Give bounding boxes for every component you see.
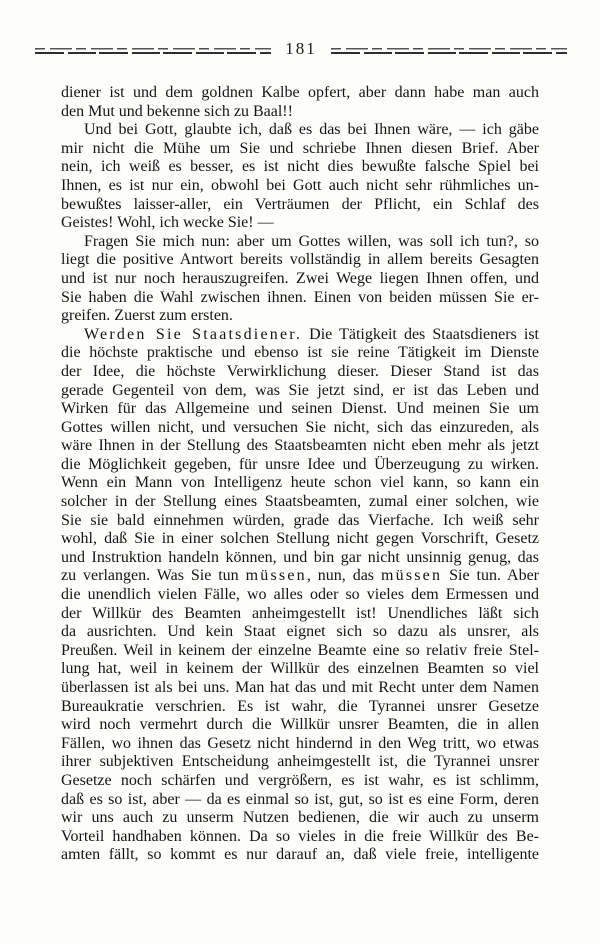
text-segment: nein, ich weiß es besser, es ist nicht d… bbox=[61, 158, 539, 175]
header-rule-left bbox=[35, 47, 271, 56]
text-line: Fällen, wo ihnen das Gesetz nicht hinder… bbox=[61, 735, 539, 754]
text-line: Gesetze noch schärfen und vergrößern, es… bbox=[61, 772, 539, 791]
text-segment: ihrer subjektiven Entscheidung anheimges… bbox=[61, 753, 539, 770]
text-segment: Fällen, wo ihnen das Gesetz nicht hinder… bbox=[61, 735, 539, 752]
text-segment: die unendlich vielen Fälle, wo alles ode… bbox=[61, 586, 539, 603]
text-line: nein, ich weiß es besser, es ist nicht d… bbox=[61, 158, 539, 177]
text-segment: Wenn ein Mann von Intelligenz heute scho… bbox=[61, 474, 539, 491]
text-segment: der Idee, die höchste Verwirklichung die… bbox=[61, 363, 539, 380]
paragraph: Werden Sie Staatsdiener. Die Tätigkeit d… bbox=[61, 326, 539, 865]
text-line: wohl, daß Sie in einer solchen Stellung … bbox=[61, 530, 539, 549]
text-line: Werden Sie Staatsdiener. Die Tätigkeit d… bbox=[61, 326, 539, 345]
text-line: lung hat, weil in keinem der Willkür des… bbox=[61, 660, 539, 679]
text-segment: bewußtes laisser-aller, ein Verträumen d… bbox=[61, 196, 539, 213]
text-segment: Gesetze noch schärfen und vergrößern, es… bbox=[61, 772, 539, 789]
text-segment: Sie tun. Aber bbox=[442, 567, 539, 584]
text-line: den Mut und bekenne sich zu Baal!! bbox=[61, 103, 539, 122]
text-segment: daß es so ist, aber — da es einmal so is… bbox=[61, 791, 539, 808]
text-segment: Wirken für das Allgemeine und seinen Die… bbox=[61, 400, 539, 417]
text-line: Vorteil handhaben können. Da so vieles i… bbox=[61, 828, 539, 847]
text-segment: Und bei Gott, glaubte ich, daß es das be… bbox=[84, 121, 539, 138]
page-header: 181 bbox=[35, 44, 567, 58]
text-segment: gerade Gegenteil von dem, was Sie jetzt … bbox=[61, 382, 539, 399]
text-segment: den Mut und bekenne sich zu Baal!! bbox=[61, 103, 293, 120]
text-segment: liegt die positive Antwort bereits volls… bbox=[61, 251, 539, 268]
text-line: daß es so ist, aber — da es einmal so is… bbox=[61, 791, 539, 810]
text-line: Geistes! Wohl, ich wecke Sie! — bbox=[61, 214, 539, 233]
text-segment: Gottes willen nicht, und versuchen Sie n… bbox=[61, 419, 539, 436]
text-line: bewußtes laisser-aller, ein Verträumen d… bbox=[61, 196, 539, 215]
emphasized-text: müssen bbox=[246, 567, 307, 584]
text-segment: wird noch vermehrt durch die Willkür uns… bbox=[61, 716, 539, 733]
text-segment: die höchste praktische und ebenso ist si… bbox=[61, 344, 539, 361]
text-segment: Bureaukratie verschrien. Es ist wahr, di… bbox=[61, 698, 539, 715]
text-segment: Preußen. Weil in keinem der einzelne Bea… bbox=[61, 642, 539, 659]
text-line: amten fällt, so kommt es nur darauf an, … bbox=[61, 846, 539, 865]
text-segment: wir uns auch zu unserm Nutzen bedienen, … bbox=[61, 809, 539, 826]
text-line: Fragen Sie mich nun: aber um Gottes will… bbox=[61, 233, 539, 252]
text-line: Wenn ein Mann von Intelligenz heute scho… bbox=[61, 474, 539, 493]
text-line: und Instruktion handeln können, und bin … bbox=[61, 549, 539, 568]
text-line: die unendlich vielen Fälle, wo alles ode… bbox=[61, 586, 539, 605]
paragraph: Und bei Gott, glaubte ich, daß es das be… bbox=[61, 121, 539, 233]
text-segment: wohl, daß Sie in einer solchen Stellung … bbox=[61, 530, 539, 547]
text-segment: wäre Ihnen in der Stellung des Staatsbea… bbox=[61, 437, 539, 454]
text-segment: überlassen ist als bei uns. Man hat das … bbox=[61, 679, 539, 696]
paragraph: Fragen Sie mich nun: aber um Gottes will… bbox=[61, 233, 539, 326]
text-line: der Idee, die höchste Verwirklichung die… bbox=[61, 363, 539, 382]
text-segment: Sie sie bald einnehmen würden, grade das… bbox=[61, 512, 539, 529]
text-line: Sie sie bald einnehmen würden, grade das… bbox=[61, 512, 539, 531]
text-line: Und bei Gott, glaubte ich, daß es das be… bbox=[61, 121, 539, 140]
text-line: Ihnen, es ist nur ein, obwohl bei Gott a… bbox=[61, 177, 539, 196]
page-number: 181 bbox=[279, 39, 323, 59]
text-line: Gottes willen nicht, und versuchen Sie n… bbox=[61, 419, 539, 438]
text-segment: greifen. Zuerst zum ersten. bbox=[61, 307, 233, 324]
text-line: Bureaukratie verschrien. Es ist wahr, di… bbox=[61, 698, 539, 717]
text-segment: mir nicht die Mühe um Sie und schriebe I… bbox=[61, 140, 539, 157]
text-line: liegt die positive Antwort bereits volls… bbox=[61, 251, 539, 270]
text-line: solcher in der Stellung eines Staatsbeam… bbox=[61, 493, 539, 512]
book-page: 181 diener ist und dem goldnen Kalbe opf… bbox=[0, 0, 600, 944]
paragraph: diener ist und dem goldnen Kalbe opfert,… bbox=[61, 84, 539, 121]
emphasized-text: Werden Sie Staatsdiener. bbox=[84, 326, 302, 343]
text-segment: Sie haben die Wahl zwischen ihnen. Einen… bbox=[61, 289, 539, 306]
text-segment: der Willkür des Beamten anheimgestellt i… bbox=[61, 605, 539, 622]
text-segment: und Instruktion handeln können, und bin … bbox=[61, 549, 539, 566]
text-segment: Fragen Sie mich nun: aber um Gottes will… bbox=[84, 233, 539, 250]
text-line: ihrer subjektiven Entscheidung anheimges… bbox=[61, 753, 539, 772]
text-segment: und ist nur noch herauszugreifen. Zwei W… bbox=[61, 270, 539, 287]
text-line: da ausrichten. Und kein Staat eignet sic… bbox=[61, 623, 539, 642]
text-line: wir uns auch zu unserm Nutzen bedienen, … bbox=[61, 809, 539, 828]
text-line: Preußen. Weil in keinem der einzelne Bea… bbox=[61, 642, 539, 661]
text-line: wäre Ihnen in der Stellung des Staatsbea… bbox=[61, 437, 539, 456]
text-segment: amten fällt, so kommt es nur darauf an, … bbox=[61, 846, 539, 863]
text-segment: Vorteil handhaben können. Da so vieles i… bbox=[61, 828, 539, 845]
text-line: diener ist und dem goldnen Kalbe opfert,… bbox=[61, 84, 539, 103]
emphasized-text: müssen bbox=[381, 567, 442, 584]
text-line: wird noch vermehrt durch die Willkür uns… bbox=[61, 716, 539, 735]
text-line: überlassen ist als bei uns. Man hat das … bbox=[61, 679, 539, 698]
text-line: zu verlangen. Was Sie tun müssen, nun, d… bbox=[61, 567, 539, 586]
text-line: gerade Gegenteil von dem, was Sie jetzt … bbox=[61, 382, 539, 401]
text-segment: Die Tätigkeit des Staatsdieners ist bbox=[302, 326, 539, 343]
header-rule-right bbox=[331, 47, 567, 56]
text-segment: zu verlangen. Was Sie tun bbox=[61, 567, 246, 584]
text-segment: die Möglichkeit gegeben, für unsre Idee … bbox=[61, 456, 539, 473]
text-line: greifen. Zuerst zum ersten. bbox=[61, 307, 539, 326]
text-segment: da ausrichten. Und kein Staat eignet sic… bbox=[61, 623, 539, 640]
text-line: Wirken für das Allgemeine und seinen Die… bbox=[61, 400, 539, 419]
text-line: und ist nur noch herauszugreifen. Zwei W… bbox=[61, 270, 539, 289]
text-line: die höchste praktische und ebenso ist si… bbox=[61, 344, 539, 363]
page-text: diener ist und dem goldnen Kalbe opfert,… bbox=[61, 84, 539, 865]
text-segment: diener ist und dem goldnen Kalbe opfert,… bbox=[61, 84, 539, 101]
text-segment: solcher in der Stellung eines Staatsbeam… bbox=[61, 493, 539, 510]
text-line: der Willkür des Beamten anheimgestellt i… bbox=[61, 605, 539, 624]
text-segment: lung hat, weil in keinem der Willkür des… bbox=[61, 660, 539, 677]
text-line: die Möglichkeit gegeben, für unsre Idee … bbox=[61, 456, 539, 475]
text-line: Sie haben die Wahl zwischen ihnen. Einen… bbox=[61, 289, 539, 308]
text-segment: Geistes! Wohl, ich wecke Sie! — bbox=[61, 214, 274, 231]
text-line: mir nicht die Mühe um Sie und schriebe I… bbox=[61, 140, 539, 159]
text-segment: , nun, das bbox=[307, 567, 381, 584]
text-segment: Ihnen, es ist nur ein, obwohl bei Gott a… bbox=[61, 177, 539, 194]
